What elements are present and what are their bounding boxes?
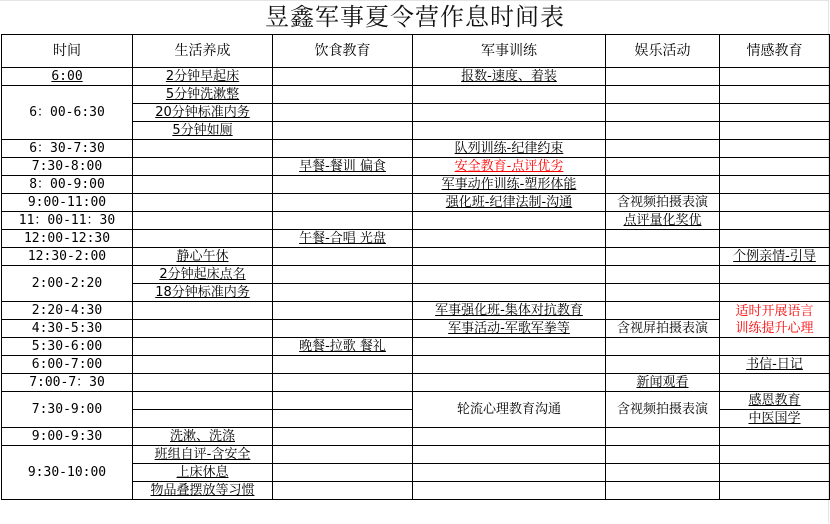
- emotion-cell[interactable]: [720, 122, 830, 140]
- table-row: 12:00-12:30 午餐-合唱 光盘: [2, 230, 830, 248]
- life-cell[interactable]: [133, 392, 273, 410]
- table-row: 7:30-9:00 轮流心理教育沟通 含视频拍摄表演 感恩教育: [2, 392, 830, 410]
- diet-cell[interactable]: 午餐-合唱 光盘: [273, 230, 413, 248]
- time-cell[interactable]: 6:00-7:00: [2, 356, 133, 374]
- time-cell[interactable]: 4:30-5:30: [2, 320, 133, 338]
- table-row: 6：30-7:30 队列训练-纪律约束: [2, 140, 830, 158]
- life-cell[interactable]: [133, 212, 273, 230]
- emotion-cell[interactable]: [720, 482, 830, 500]
- life-cell[interactable]: 物品叠摆放等习惯: [133, 482, 273, 500]
- military-cell[interactable]: 队列训练-纪律约束: [413, 140, 606, 158]
- emotion-cell[interactable]: [720, 68, 830, 86]
- military-cell[interactable]: [413, 482, 606, 500]
- emotion-line-2: 训练提升心理: [720, 320, 829, 337]
- diet-cell[interactable]: [273, 86, 413, 104]
- military-cell[interactable]: [413, 122, 606, 140]
- emotion-cell[interactable]: [720, 158, 830, 176]
- life-cell[interactable]: 班组自评-含安全: [133, 446, 273, 464]
- time-cell[interactable]: 7:30-8:00: [2, 158, 133, 176]
- time-cell[interactable]: 2:00-2:20: [2, 266, 133, 302]
- table-row: 2:00-2:20 2分钟起床点名: [2, 266, 830, 284]
- emotion-cell[interactable]: 感恩教育: [720, 392, 830, 410]
- emotion-cell[interactable]: [720, 194, 830, 212]
- life-cell[interactable]: [133, 176, 273, 194]
- diet-cell[interactable]: [273, 410, 413, 428]
- table-row: 4:30-5:30 军事活动-军歌军拳等 含视屏拍摄表演: [2, 320, 830, 338]
- emotion-cell[interactable]: [720, 464, 830, 482]
- table-row: 5:30-6:00 晚餐-拉歌 餐礼: [2, 338, 830, 356]
- military-cell[interactable]: [413, 374, 606, 392]
- table-row: 12:30-2:00 静心午休 个例亲情-引导: [2, 248, 830, 266]
- entertainment-cell[interactable]: 新闻观看: [606, 374, 720, 392]
- life-cell[interactable]: 静心午休: [133, 248, 273, 266]
- col-header-diet[interactable]: 饮食教育: [273, 35, 413, 68]
- entertainment-cell[interactable]: 点评量化奖优: [606, 212, 720, 230]
- table-row: 7:00-7：30 新闻观看: [2, 374, 830, 392]
- emotion-cell[interactable]: 书信-日记: [720, 356, 830, 374]
- military-cell[interactable]: [413, 356, 606, 374]
- col-header-life[interactable]: 生活养成: [133, 35, 273, 68]
- life-cell[interactable]: 5分钟如厕: [133, 122, 273, 140]
- life-cell[interactable]: 5分钟洗漱整: [133, 86, 273, 104]
- diet-cell[interactable]: [273, 482, 413, 500]
- diet-cell[interactable]: [273, 446, 413, 464]
- diet-cell[interactable]: [273, 248, 413, 266]
- diet-cell[interactable]: [273, 176, 413, 194]
- life-cell[interactable]: 2分钟早起床: [133, 68, 273, 86]
- page-title: 昱鑫军事夏令营作息时间表: [0, 1, 830, 34]
- entertainment-cell[interactable]: [606, 302, 720, 320]
- diet-cell[interactable]: 早餐-餐训 偏食: [273, 158, 413, 176]
- entertainment-cell[interactable]: [606, 86, 720, 104]
- time-cell[interactable]: 9:30-10:00: [2, 446, 133, 500]
- military-cell[interactable]: [413, 446, 606, 464]
- life-cell[interactable]: 2分钟起床点名: [133, 266, 273, 284]
- military-cell[interactable]: [413, 338, 606, 356]
- military-cell[interactable]: [413, 104, 606, 122]
- life-cell[interactable]: [133, 158, 273, 176]
- diet-cell[interactable]: [273, 302, 413, 320]
- entertainment-cell[interactable]: [606, 266, 720, 284]
- emotion-line-1: 适时开展语言: [720, 303, 829, 320]
- col-header-entertainment[interactable]: 娱乐活动: [606, 35, 720, 68]
- military-cell[interactable]: 强化班-纪律法制-沟通: [413, 194, 606, 212]
- col-header-military[interactable]: 军事训练: [413, 35, 606, 68]
- military-cell[interactable]: [413, 266, 606, 284]
- time-cell[interactable]: 6:00: [2, 68, 133, 86]
- entertainment-cell[interactable]: [606, 176, 720, 194]
- diet-cell[interactable]: [273, 374, 413, 392]
- entertainment-cell[interactable]: [606, 104, 720, 122]
- entertainment-cell[interactable]: [606, 464, 720, 482]
- diet-cell[interactable]: 晚餐-拉歌 餐礼: [273, 338, 413, 356]
- time-cell[interactable]: 5:30-6:00: [2, 338, 133, 356]
- emotion-cell[interactable]: [720, 284, 830, 302]
- entertainment-cell[interactable]: 含视屏拍摄表演: [606, 320, 720, 338]
- time-cell[interactable]: 12:00-12:30: [2, 230, 133, 248]
- time-cell[interactable]: 8：00-9:00: [2, 176, 133, 194]
- time-cell[interactable]: 12:30-2:00: [2, 248, 133, 266]
- entertainment-cell[interactable]: [606, 158, 720, 176]
- military-cell[interactable]: [413, 464, 606, 482]
- time-cell[interactable]: 7:30-9:00: [2, 392, 133, 428]
- time-cell[interactable]: 9:00-9:30: [2, 428, 133, 446]
- table-row: 9:00-9:30 洗漱、洗涤: [2, 428, 830, 446]
- diet-cell[interactable]: [273, 428, 413, 446]
- entertainment-cell[interactable]: [606, 338, 720, 356]
- col-header-emotion[interactable]: 情感教育: [720, 35, 830, 68]
- entertainment-cell[interactable]: [606, 230, 720, 248]
- entertainment-cell[interactable]: [606, 446, 720, 464]
- entertainment-cell[interactable]: 含视频拍摄表演: [606, 392, 720, 428]
- diet-cell[interactable]: [273, 122, 413, 140]
- military-cell[interactable]: [413, 284, 606, 302]
- emotion-cell[interactable]: [720, 212, 830, 230]
- entertainment-cell[interactable]: [606, 68, 720, 86]
- emotion-cell[interactable]: 中医国学: [720, 410, 830, 428]
- life-cell[interactable]: [133, 410, 273, 428]
- emotion-cell[interactable]: [720, 338, 830, 356]
- entertainment-cell[interactable]: [606, 356, 720, 374]
- emotion-cell[interactable]: [720, 86, 830, 104]
- table-row: 7:30-8:00 早餐-餐训 偏食 安全教育-点评优劣: [2, 158, 830, 176]
- military-cell[interactable]: 军事强化班-集体对抗教育: [413, 302, 606, 320]
- military-cell[interactable]: [413, 230, 606, 248]
- diet-cell[interactable]: [273, 284, 413, 302]
- emotion-cell[interactable]: 个例亲情-引导: [720, 248, 830, 266]
- table-row: 9:30-10:00 班组自评-含安全: [2, 446, 830, 464]
- table-row: 8：00-9:00 军事动作训练-塑形体能: [2, 176, 830, 194]
- table-row: 11：00-11：30 点评量化奖优: [2, 212, 830, 230]
- emotion-cell[interactable]: [720, 104, 830, 122]
- military-cell[interactable]: [413, 248, 606, 266]
- military-cell[interactable]: [413, 212, 606, 230]
- diet-cell[interactable]: [273, 392, 413, 410]
- time-cell[interactable]: 7:00-7：30: [2, 374, 133, 392]
- life-cell[interactable]: [133, 230, 273, 248]
- diet-cell[interactable]: [273, 464, 413, 482]
- life-cell[interactable]: 18分钟标准内务: [133, 284, 273, 302]
- time-cell[interactable]: 9:00-11:00: [2, 194, 133, 212]
- life-cell[interactable]: [133, 194, 273, 212]
- entertainment-cell[interactable]: 含视频拍摄表演: [606, 194, 720, 212]
- military-cell-highlight[interactable]: 安全教育-点评优劣: [413, 158, 606, 176]
- emotion-cell[interactable]: [720, 266, 830, 284]
- entertainment-cell[interactable]: [606, 428, 720, 446]
- time-cell[interactable]: 2:20-4:30: [2, 302, 133, 320]
- emotion-cell[interactable]: [720, 230, 830, 248]
- emotion-cell[interactable]: [720, 374, 830, 392]
- emotion-cell[interactable]: [720, 140, 830, 158]
- time-cell[interactable]: 6：00-6:30: [2, 86, 133, 140]
- diet-cell[interactable]: [273, 194, 413, 212]
- schedule-table: 时间 生活养成 饮食教育 军事训练 娱乐活动 情感教育 6:00 2分钟早起床 …: [1, 34, 830, 500]
- diet-cell[interactable]: [273, 212, 413, 230]
- time-cell[interactable]: 6：30-7:30: [2, 140, 133, 158]
- table-row: 6:00 2分钟早起床 报数-速度、着装: [2, 68, 830, 86]
- entertainment-cell[interactable]: [606, 140, 720, 158]
- life-cell[interactable]: 洗漱、洗涤: [133, 428, 273, 446]
- table-row: 6:00-7:00 书信-日记: [2, 356, 830, 374]
- life-cell[interactable]: [133, 140, 273, 158]
- header-row: 时间 生活养成 饮食教育 军事训练 娱乐活动 情感教育: [2, 35, 830, 68]
- diet-cell[interactable]: [273, 356, 413, 374]
- diet-cell[interactable]: [273, 266, 413, 284]
- table-row: 9:00-11:00 强化班-纪律法制-沟通 含视频拍摄表演: [2, 194, 830, 212]
- diet-cell[interactable]: [273, 104, 413, 122]
- military-cell[interactable]: [413, 86, 606, 104]
- entertainment-cell[interactable]: [606, 482, 720, 500]
- time-cell[interactable]: 11：00-11：30: [2, 212, 133, 230]
- entertainment-cell[interactable]: [606, 248, 720, 266]
- life-cell[interactable]: [133, 302, 273, 320]
- military-cell[interactable]: 轮流心理教育沟通: [413, 392, 606, 428]
- life-cell[interactable]: 20分钟标准内务: [133, 104, 273, 122]
- emotion-cell[interactable]: [720, 176, 830, 194]
- col-header-time[interactable]: 时间: [2, 35, 133, 68]
- military-cell[interactable]: 报数-速度、着装: [413, 68, 606, 86]
- life-cell[interactable]: [133, 320, 273, 338]
- entertainment-cell[interactable]: [606, 122, 720, 140]
- diet-cell[interactable]: [273, 68, 413, 86]
- military-cell[interactable]: [413, 428, 606, 446]
- life-cell[interactable]: [133, 374, 273, 392]
- emotion-cell[interactable]: [720, 428, 830, 446]
- table-row: 2:20-4:30 军事强化班-集体对抗教育 适时开展语言 训练提升心理: [2, 302, 830, 320]
- military-cell[interactable]: 军事活动-军歌军拳等: [413, 320, 606, 338]
- diet-cell[interactable]: [273, 320, 413, 338]
- entertainment-cell[interactable]: [606, 284, 720, 302]
- emotion-cell[interactable]: [720, 446, 830, 464]
- life-cell[interactable]: [133, 338, 273, 356]
- life-cell[interactable]: 上床休息: [133, 464, 273, 482]
- life-cell[interactable]: [133, 356, 273, 374]
- table-row: 6：00-6:30 5分钟洗漱整: [2, 86, 830, 104]
- emotion-cell-highlight[interactable]: 适时开展语言 训练提升心理: [720, 302, 830, 338]
- diet-cell[interactable]: [273, 140, 413, 158]
- military-cell[interactable]: 军事动作训练-塑形体能: [413, 176, 606, 194]
